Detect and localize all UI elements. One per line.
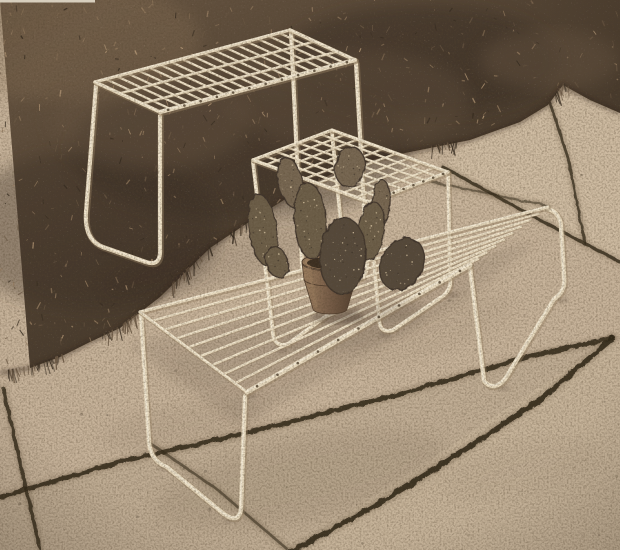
photograph bbox=[0, 0, 620, 550]
scene-svg bbox=[0, 0, 620, 550]
photo-grain-overlay bbox=[0, 0, 620, 550]
